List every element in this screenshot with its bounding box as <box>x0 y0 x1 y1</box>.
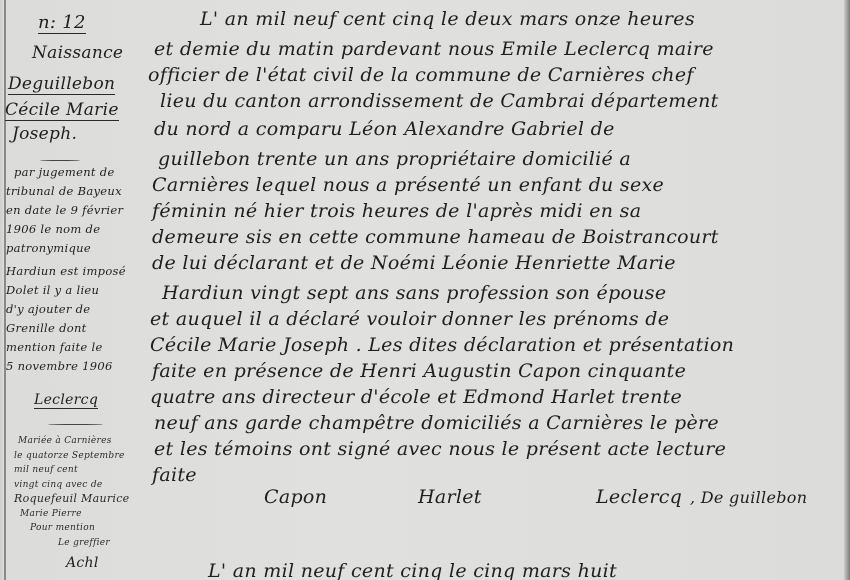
flourish-divider <box>48 424 103 425</box>
entry-number: n: 12 <box>38 12 86 34</box>
body-line: lieu du canton arrondissement de Cambrai… <box>160 90 719 112</box>
marriage-note-line: vingt cinq avec de <box>14 478 130 493</box>
body-line: Cécile Marie Joseph . Les dites déclarat… <box>150 334 734 356</box>
signature-de-guillebon: , De guillebon <box>690 488 807 507</box>
body-line: neuf ans garde champêtre domiciliés a Ca… <box>154 412 719 434</box>
marriage-note-line: mil neuf cent <box>14 463 130 478</box>
body-line: féminin né hier trois heures de l'après … <box>152 200 641 222</box>
body-line: officier de l'état civil de la commune d… <box>148 64 694 86</box>
marriage-note: Mariée à Carnières le quatorze Septembre… <box>14 434 130 550</box>
body-line: du nord a comparu Léon Alexandre Gabriel… <box>154 118 615 140</box>
marriage-note-line: Le greffier <box>14 536 130 551</box>
annotation-line: d'y ajouter de <box>6 300 126 319</box>
signature-leclercq: Leclercq <box>596 486 682 508</box>
body-line: Carnières lequel nous a présenté un enfa… <box>152 174 664 196</box>
body-line: faite <box>152 464 197 486</box>
body-line: faite en présence de Henri Augustin Capo… <box>152 360 686 382</box>
annotation-line: Dolet il y a lieu <box>6 281 126 300</box>
annotation-line: mention faite le <box>6 338 126 357</box>
body-line: demeure sis en cette commune hameau de B… <box>152 226 719 248</box>
child-given-names-2: Joseph. <box>12 124 77 144</box>
body-line: quatre ans directeur d'école et Edmond H… <box>150 386 682 408</box>
body-line: de lui déclarant et de Noémi Léonie Henr… <box>152 252 676 274</box>
body-line: et auquel il a déclaré vouloir donner le… <box>150 308 669 330</box>
greffier-signature: Achl <box>66 555 99 571</box>
annotation-line: en date le 9 février <box>6 201 126 220</box>
child-given-names-1: Cécile Marie <box>5 100 119 121</box>
annotation-line: 5 novembre 1906 <box>6 357 126 376</box>
marriage-note-line: Marie Pierre <box>14 507 130 522</box>
annotation-line: Grenille dont <box>6 319 126 338</box>
body-line: L' an mil neuf cent cinq le deux mars on… <box>200 8 695 30</box>
marriage-note-line: Roquefeuil Maurice <box>14 492 130 507</box>
body-line: Hardiun vingt sept ans sans profession s… <box>162 282 666 304</box>
marriage-note-line: le quatorze Septembre <box>14 449 130 464</box>
body-line: guillebon trente un ans propriétaire dom… <box>158 148 631 170</box>
body-line: et les témoins ont signé avec nous le pr… <box>154 438 726 460</box>
annotation-line: 1906 le nom de <box>6 220 126 239</box>
body-line: et demie du matin pardevant nous Emile L… <box>154 38 714 60</box>
signature-capon: Capon <box>264 486 327 508</box>
marriage-note-line: Pour mention <box>14 521 130 536</box>
registry-page: n: 12 Naissance Deguillebon Cécile Marie… <box>0 0 850 580</box>
margin-annotation: par jugement de tribunal de Bayeux en da… <box>6 163 126 376</box>
annotation-line: tribunal de Bayeux <box>6 182 126 201</box>
page-right-edge-shadow <box>844 0 850 580</box>
flourish-divider <box>40 160 80 161</box>
annotation-signature: Leclercq <box>34 392 98 409</box>
next-entry-partial: L' an mil neuf cent cinq le cinq mars hu… <box>208 560 617 580</box>
signature-harlet: Harlet <box>418 486 482 508</box>
entry-type: Naissance <box>32 43 123 63</box>
annotation-line: Hardiun est imposé <box>6 262 126 281</box>
annotation-line: patronymique <box>6 239 126 258</box>
annotation-line: par jugement de <box>6 163 126 182</box>
child-surname: Deguillebon <box>8 74 115 95</box>
marriage-note-line: Mariée à Carnières <box>14 434 130 449</box>
